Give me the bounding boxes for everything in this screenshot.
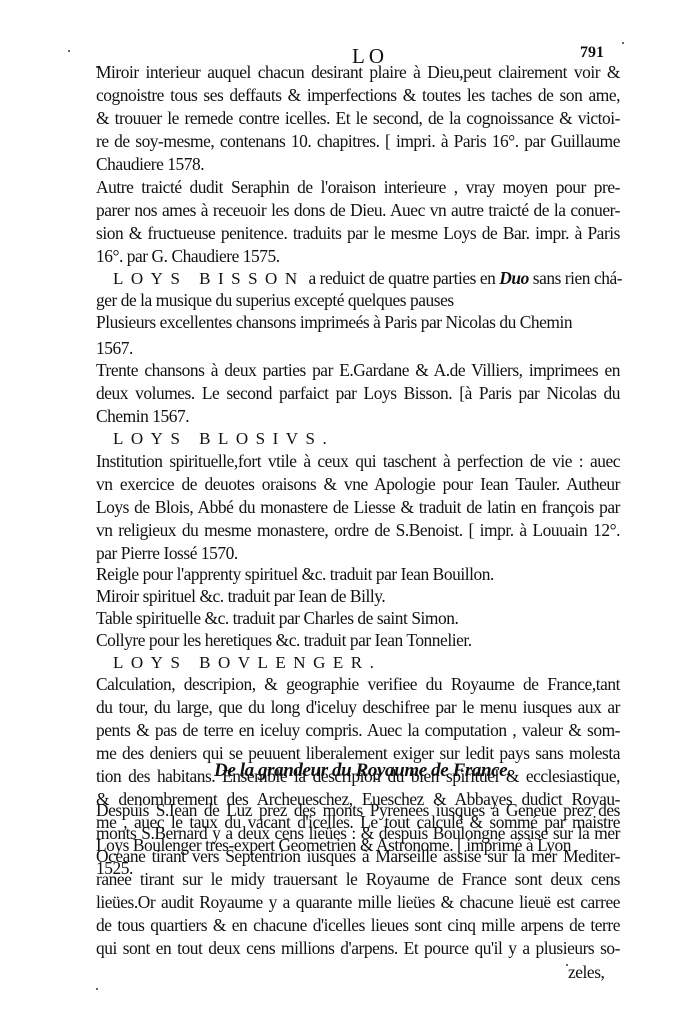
author-name: LOYS BISSON <box>96 269 305 288</box>
duo-term: Duo <box>499 268 529 288</box>
scan-speck <box>96 66 98 68</box>
text-line: ger de la musique du superius excepté qu… <box>96 290 620 310</box>
entry-intro: a reduict de quatre parties en <box>305 268 500 288</box>
scan-speck <box>622 42 624 44</box>
text-line: pents & pas de terre en iceluy compris. … <box>96 720 620 740</box>
text-line: Miroir spirituel &c. traduit par Iean de… <box>96 586 620 606</box>
text-line: Reigle pour l'apprenty spirituel &c. tra… <box>96 564 620 584</box>
scan-speck <box>68 50 70 52</box>
text-line: Collyre pour les heretiques &c. traduit … <box>96 630 620 650</box>
entry-intro-rest: sans rien chá- <box>529 268 622 288</box>
entry-bisson-heading: LOYS BISSON a reduict de quatre parties … <box>96 268 620 289</box>
text-line: re de soy-mesme, contenans 10. chapitres… <box>96 131 620 151</box>
author-name: LOYS BLOSIVS. <box>96 429 334 448</box>
text-line: vn exercice de deuotes oraisons & vne Ap… <box>96 474 620 494</box>
text-line: Miroir interieur auquel chacun desirant … <box>96 62 620 82</box>
text-line: Chaudiere 1578. <box>96 154 620 174</box>
text-line: Institution spirituelle,fort vtile à ceu… <box>96 451 620 471</box>
text-line: lieües.Or audit Royaume y a quarante mil… <box>96 892 620 912</box>
text-line: cognoistre tous ses deffauts & imperfect… <box>96 85 620 105</box>
text-line: Despuis S.Iean de Luz prez des monts Pyr… <box>96 800 620 820</box>
text-line: Oceane tirant vers Septentrion iusques à… <box>96 846 620 866</box>
text-line: Autre traicté dudit Seraphin de l'oraiso… <box>96 177 620 197</box>
text-line: du tour, du large, que du long d'iceluy … <box>96 697 620 717</box>
text-line: sion & fructueuse penitence. traduits pa… <box>96 223 620 243</box>
text-line: 1567. <box>96 338 620 358</box>
text-line: par Pierre Iossé 1570. <box>96 543 620 563</box>
section-title: De la grandeur du Royaume de France. <box>214 760 512 782</box>
text-line: Chemin 1567. <box>96 406 620 426</box>
text-line: Table spirituelle &c. traduit par Charle… <box>96 608 620 628</box>
catchword: zeles, <box>568 962 628 982</box>
text-line: monts S.Bernard y a deux cens lieües : &… <box>96 823 620 843</box>
text-line: Calculation, descripion, & geographie ve… <box>96 674 620 694</box>
text-line: vn religieux du mesme monastere, ordre d… <box>96 520 620 540</box>
text-line: deux volumes. Le second parfaict par Loy… <box>96 383 620 403</box>
entry-blosius-heading: LOYS BLOSIVS. <box>96 428 620 449</box>
entry-boulenger-heading: LOYS BOVLENGER. <box>96 652 620 673</box>
author-name: LOYS BOVLENGER. <box>96 653 381 672</box>
text-line: parer nos ames à receuoir les dons de Di… <box>96 200 620 220</box>
book-page: LO 791 Miroir interieur auquel chacun de… <box>0 0 696 1024</box>
text-line: Plusieurs excellentes chansons imprimeés… <box>96 312 620 332</box>
text-line: qui sont en tout deux cens millions d'ar… <box>96 938 620 958</box>
text-line: & trouuer le remede contre icelles. Et l… <box>96 108 620 128</box>
page-number: 791 <box>580 44 604 62</box>
text-line: ranee tirant sur le midy trauersant le R… <box>96 869 620 889</box>
scan-speck <box>96 988 98 990</box>
text-line: Trente chansons à deux parties par E.Gar… <box>96 360 620 380</box>
scan-speck <box>566 964 568 966</box>
text-line: de tous quartiers & en chacune d'icelles… <box>96 915 620 935</box>
text-line: 16°. par G. Chaudiere 1575. <box>96 246 620 266</box>
text-line: Loys de Blois, Abbé du monastere de Lies… <box>96 497 620 517</box>
